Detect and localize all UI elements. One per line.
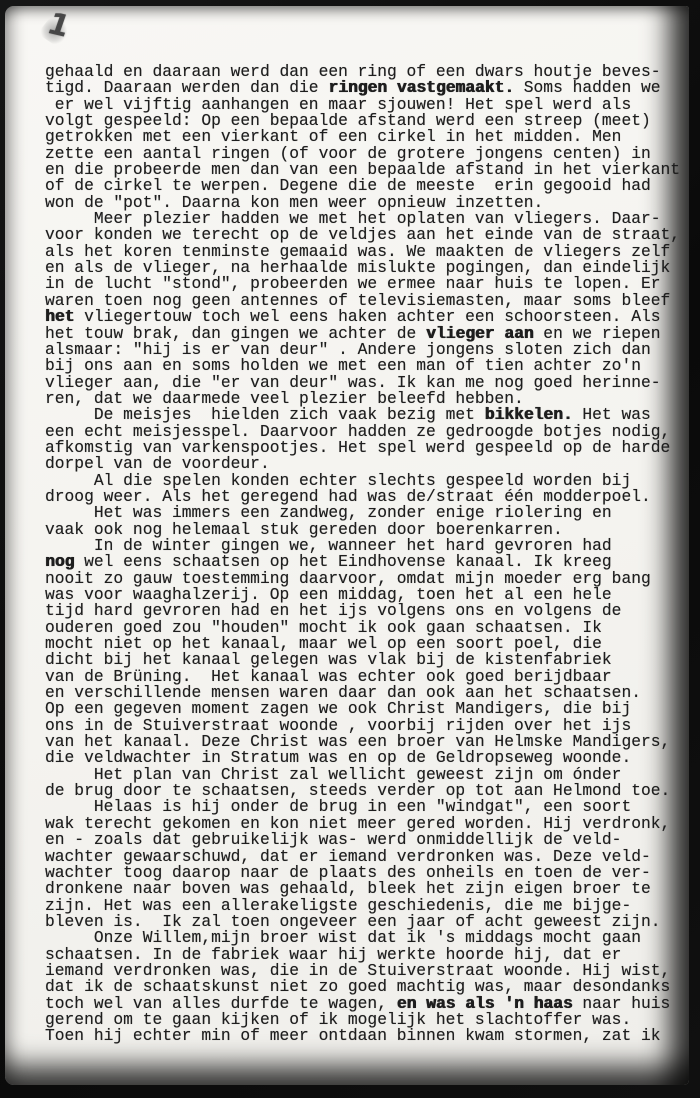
handwritten-page-number: 1 (35, 10, 75, 52)
text-line: Toen hij echter min of meer ontdaan binn… (45, 1028, 680, 1044)
page-number-digit: 1 (43, 9, 73, 42)
page: 1 gehaald en daaraan werd dan een ring o… (5, 6, 689, 1085)
scanned-page: 1 gehaald en daaraan werd dan een ring o… (0, 0, 700, 1098)
typewritten-text: gehaald en daaraan werd dan een ring of … (45, 64, 680, 1045)
